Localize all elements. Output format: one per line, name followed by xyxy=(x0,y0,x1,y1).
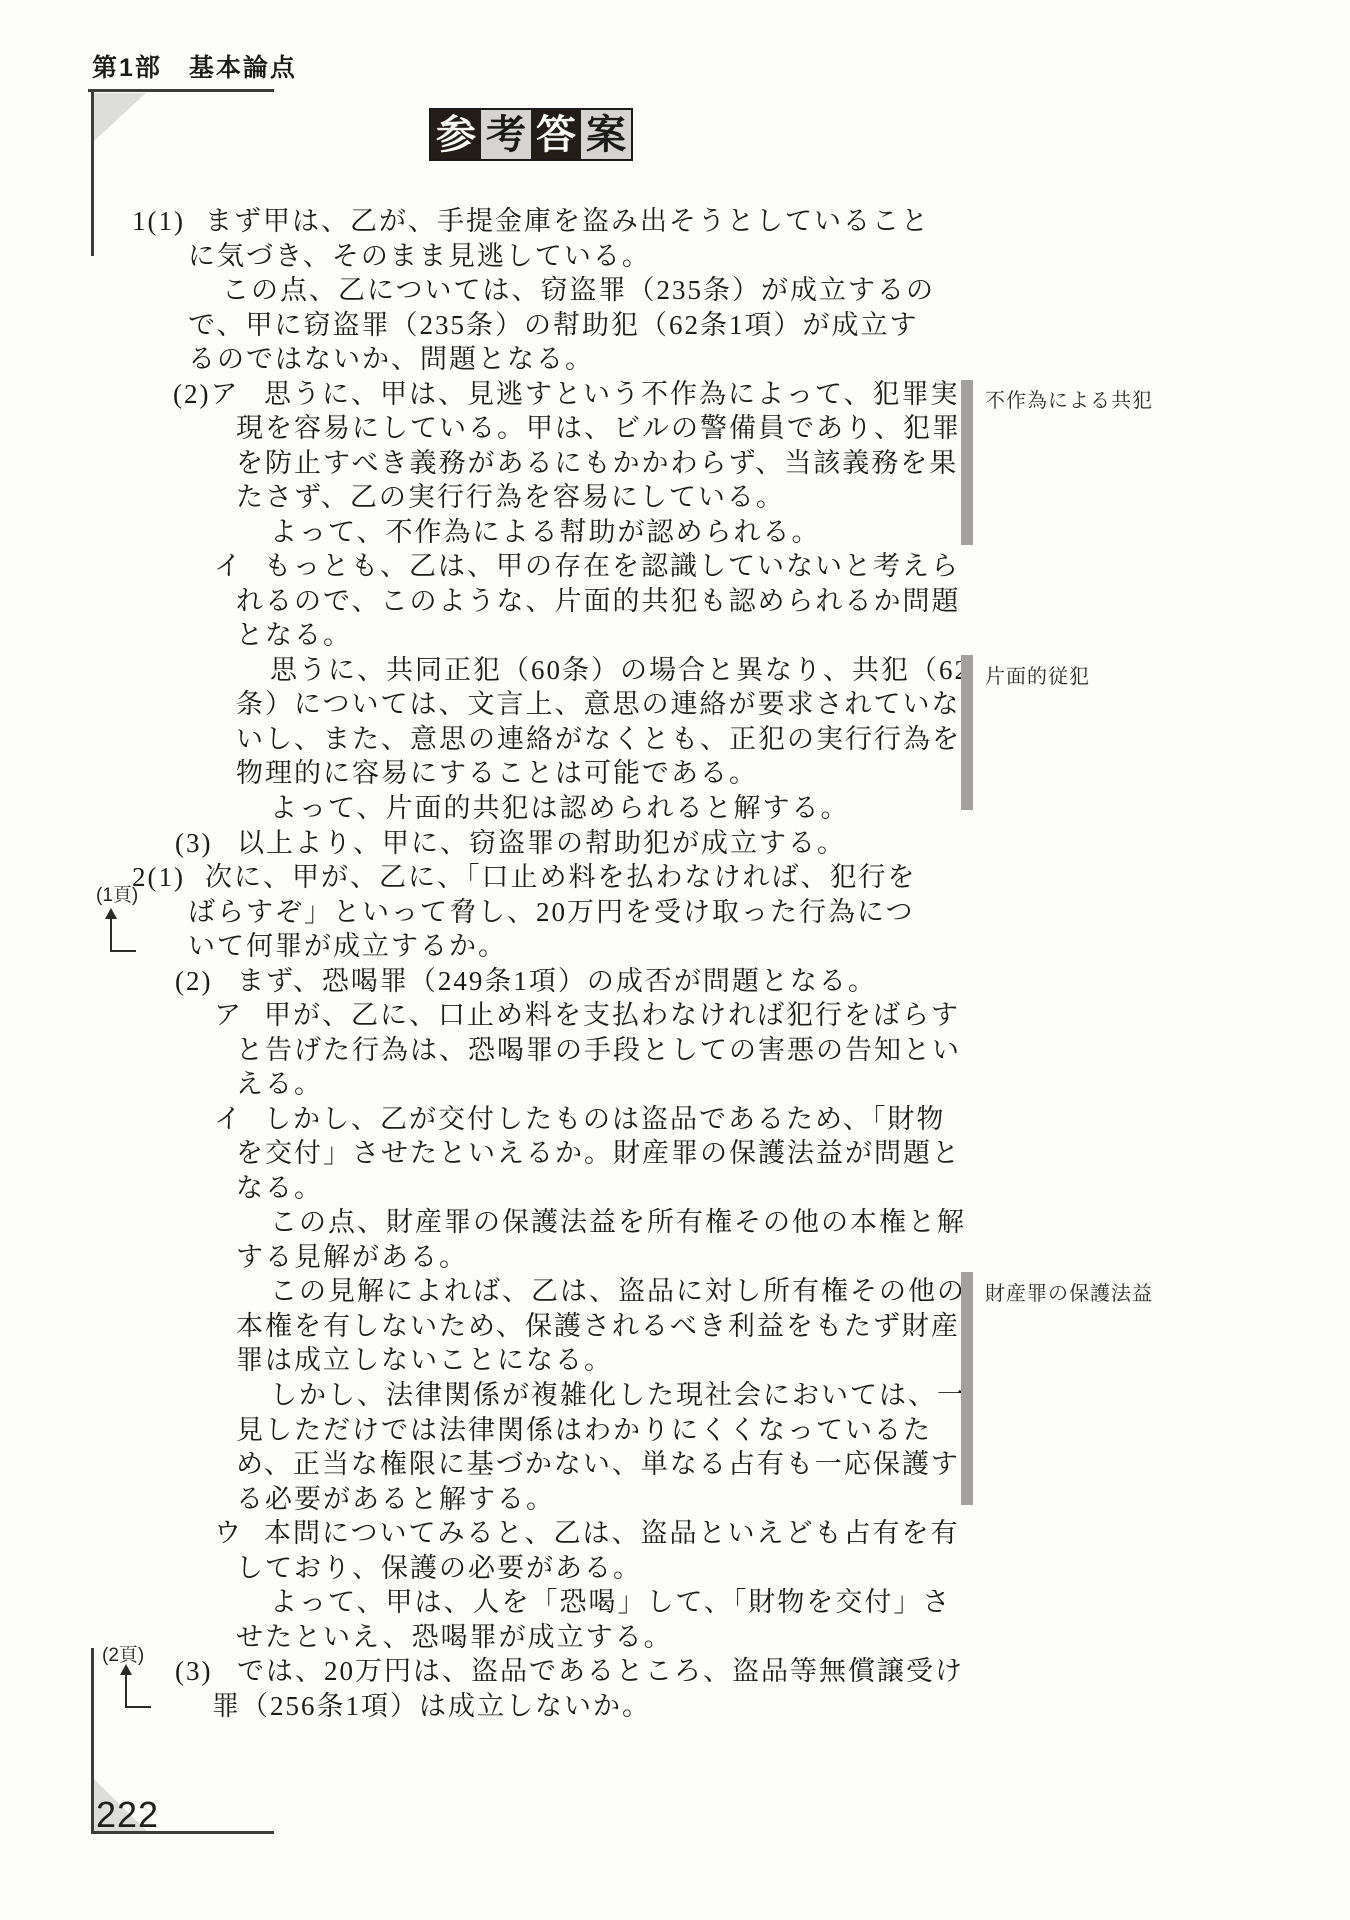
line-text: と告げた行為は、恐喝罪の手段としての害悪の告知とい xyxy=(236,1033,961,1067)
line-text: 現を容易にしている。甲は、ビルの警備員であり、犯罪 xyxy=(236,411,961,445)
line-text: 条）については、文言上、意思の連絡が要求されていな xyxy=(236,687,960,721)
page-number: 222 xyxy=(96,1794,159,1836)
title-char: 案 xyxy=(581,110,631,159)
line-text: 甲が、乙に、口止め料を支払わなければ犯行をばらす xyxy=(264,998,960,1032)
page-marker-1-label: (1頁) xyxy=(96,880,138,907)
margin-note-bar xyxy=(961,1272,973,1505)
line-text: よって、不作為による幇助が認められる。 xyxy=(270,515,820,549)
arrow-foot xyxy=(110,950,136,953)
line-text: では、20万円は、盗品であるところ、盗品等無償譲受け xyxy=(237,1654,964,1688)
line-text: を交付」させたといえるか。財産罪の保護法益が問題と xyxy=(236,1136,961,1170)
item-number: (2) xyxy=(175,964,212,998)
margin-note-label: 財産罪の保護法益 xyxy=(985,1277,1153,1306)
line-text: に気づき、そのまま見逃している。 xyxy=(188,239,651,273)
line-text: える。 xyxy=(236,1067,323,1101)
line-text: 思うに、甲は、見逃すという不作為によって、犯罪実 xyxy=(264,377,959,411)
margin-note-label: 不作為による共犯 xyxy=(985,384,1153,413)
line-text: この点、乙については、窃盗罪（235条）が成立するの xyxy=(222,273,935,307)
line-text: れるので、このような、片面的共犯も認められるか問題 xyxy=(236,584,960,618)
item-number: (3) xyxy=(175,826,212,860)
chapter-header: 第1部 基本論点 xyxy=(92,48,297,84)
line-text: いし、また、意思の連絡がなくとも、正犯の実行行為を xyxy=(236,722,961,756)
page-title: 参考答案 xyxy=(429,108,633,161)
line-text: め、正当な権限に基づかない、単なる占有も一応保護す xyxy=(236,1447,960,1481)
line-text: しかし、乙が交付したものは盗品であるため、「財物 xyxy=(264,1102,945,1136)
line-text: 次に、甲が、乙に、「口止め料を払わなければ、犯行を xyxy=(205,860,917,894)
item-number: イ xyxy=(214,549,243,583)
item-number: 1(1) xyxy=(132,204,185,238)
corner-triangle-top xyxy=(94,93,146,141)
line-text: しかし、法律関係が複雑化した現社会においては、一 xyxy=(270,1378,966,1412)
title-char: 考 xyxy=(481,110,531,159)
arrow-foot xyxy=(125,1706,151,1709)
line-text: 本権を有しないため、保護されるべき利益をもたず財産 xyxy=(236,1309,960,1343)
item-number: (3) xyxy=(175,1654,212,1688)
line-text: しており、保護の必要がある。 xyxy=(236,1551,642,1585)
header-underline xyxy=(88,89,274,92)
line-text: まず甲は、乙が、手提金庫を盗み出そうとしていること xyxy=(205,204,930,238)
line-text: まず、恐喝罪（249条1項）の成否が問題となる。 xyxy=(237,964,877,998)
line-text: せたといえ、恐喝罪が成立する。 xyxy=(236,1620,673,1654)
margin-note-bar xyxy=(961,380,973,545)
line-text: もっとも、乙は、甲の存在を認識していないと考えら xyxy=(264,549,960,583)
line-text: 物理的に容易にすることは可能である。 xyxy=(236,756,758,790)
line-text: で、甲に窃盗罪（235条）の幇助犯（62条1項）が成立す xyxy=(188,308,918,342)
line-text: るのではないか、問題となる。 xyxy=(188,342,594,376)
margin-note-bar xyxy=(961,655,973,810)
line-text: いて何罪が成立するか。 xyxy=(188,929,507,963)
page-marker-2-label: (2頁) xyxy=(102,1640,144,1667)
line-text: 罪は成立しないことになる。 xyxy=(236,1343,613,1377)
line-text: 本問についてみると、乙は、盗品といえども占有を有 xyxy=(264,1516,959,1550)
margin-note-label: 片面的従犯 xyxy=(985,660,1090,689)
title-char: 参 xyxy=(431,110,481,159)
line-text: この見解によれば、乙は、盗品に対し所有権その他の xyxy=(270,1274,966,1308)
line-text: ばらすぞ」といって脅し、20万円を受け取った行為につ xyxy=(188,895,914,929)
item-number: ウ xyxy=(214,1516,243,1550)
title-char: 答 xyxy=(531,110,581,159)
line-text: たさず、乙の実行行為を容易にしている。 xyxy=(236,480,785,514)
line-text: る必要があると解する。 xyxy=(236,1482,555,1516)
line-text: よって、片面的共犯は認められると解する。 xyxy=(270,791,849,825)
item-number: 2(1) xyxy=(132,860,185,894)
item-number: (2)ア xyxy=(173,377,239,411)
line-text: となる。 xyxy=(236,618,352,652)
line-text: 見しただけでは法律関係はわかりにくくなっているた xyxy=(236,1413,932,1447)
line-text: 思うに、共同正犯（60条）の場合と異なり、共犯（62 xyxy=(270,653,970,687)
page-start-arrow-icon xyxy=(120,1664,150,1708)
line-text: この点、財産罪の保護法益を所有権その他の本権と解 xyxy=(270,1205,966,1239)
arrow-shaft xyxy=(125,1673,128,1706)
page-start-arrow-icon xyxy=(105,908,135,952)
item-number: イ xyxy=(214,1102,243,1136)
line-text: 罪（256条1項）は成立しないか。 xyxy=(212,1689,651,1723)
line-text: する見解がある。 xyxy=(236,1240,468,1274)
arrow-shaft xyxy=(110,917,113,950)
line-text: 以上より、甲に、窃盗罪の幇助犯が成立する。 xyxy=(237,826,846,860)
book-page: 第1部 基本論点 参考答案 1(1)まず甲は、乙が、手提金庫を盗み出そうとしてい… xyxy=(0,0,1350,1920)
line-text: なる。 xyxy=(236,1171,323,1205)
item-number: ア xyxy=(214,998,243,1032)
line-text: を防止すべき義務があるにもかかわらず、当該義務を果 xyxy=(236,446,958,480)
line-text: よって、甲は、人を「恐喝」して、「財物を交付」さ xyxy=(270,1585,951,1619)
left-border-bottom xyxy=(91,1648,94,1833)
